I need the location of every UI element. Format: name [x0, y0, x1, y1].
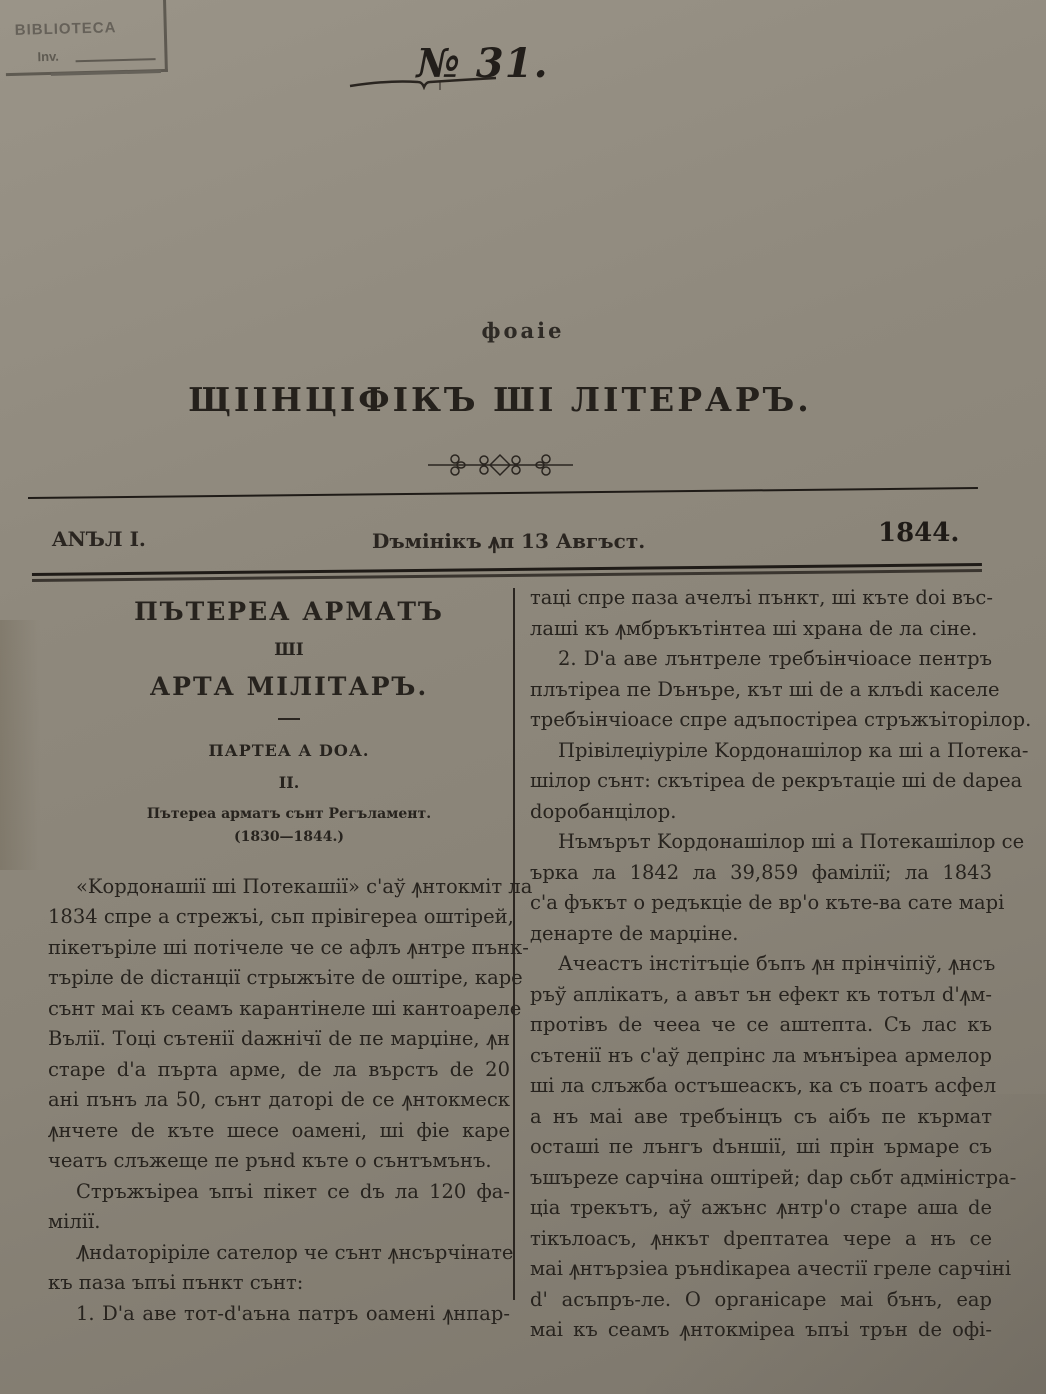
left-column: ПЪТЕРЕА АРМАТЪ ШІ АРТА МІЛІТАРЪ. ПАРТЕА …: [48, 595, 510, 1329]
page-shadow: [0, 620, 40, 870]
stamp-bottom-line: [51, 70, 161, 76]
text-line: сънт маі къ сеамъ карантінеле ші кантоар…: [48, 994, 510, 1025]
text-line: dоробанцілор.: [530, 797, 992, 828]
text-line: Ꙟнdаторіріле сателор че сънт ꙟнсърчінате: [48, 1238, 510, 1269]
text-line: Прівілеџіуріле Kордонашілор ка ші а Поте…: [530, 736, 992, 767]
library-stamp: BIBLIOTECA Inv.: [4, 0, 168, 76]
text-line: требъінчіоасе спре адъпостіреа стръжъіто…: [530, 705, 992, 736]
text-line: 2. D'а аве лънтреле требъінчіоасе пентръ: [530, 644, 992, 675]
text-line: пікетъріле ші потічеле че се афлъ ꙟнтре …: [48, 933, 510, 964]
text-line: шілор сънт: скътіреа de рекрътаціе ші de…: [530, 766, 992, 797]
text-line: ъшъреzе сарчіна оштірей; dар сьбт адміні…: [530, 1163, 992, 1194]
ornament-divider-icon: [428, 452, 573, 478]
stamp-inventory-label: Inv.: [37, 49, 59, 65]
text-line: протівъ de чеea че се аштепта. Съ лас къ: [530, 1010, 992, 1041]
article-subtitle: Пътереа арматъ сънт Регъламент.: [48, 802, 510, 826]
text-line: ші ла слъжба остъшеаскъ, ка съ поатъ асф…: [530, 1071, 992, 1102]
dateline-bottom-rule: [32, 563, 982, 582]
masthead-title: ЩІІНЦІФІКЪ ШІ ЛІТЕРАРЪ.: [0, 380, 1000, 419]
text-line: ціа трекътъ, аў ажънс ꙟнтр'о старе аша d…: [530, 1193, 992, 1224]
text-line: d' асъпръ-ле. О органісаре маі бънъ, еар: [530, 1285, 992, 1316]
article-section-number: II.: [48, 770, 510, 796]
text-line: плътіреа пе Dънъре, кът ші de а клъdі ка…: [530, 675, 992, 706]
text-line: мілії.: [48, 1207, 510, 1238]
text-line: 1. D'а аве тот-d'аъна патръ оамені ꙟнпар…: [48, 1299, 510, 1330]
article-title-conjunction: ШІ: [48, 635, 510, 666]
volume-label: ANЪЛ I.: [52, 527, 146, 551]
stamp-inventory-line: [76, 58, 156, 62]
text-line: търіле de dістанції стрыжъіте de оштіре,…: [48, 963, 510, 994]
text-line: ані пънъ ла 50, сънт даторі de се ꙟнтокм…: [48, 1085, 510, 1116]
text-line: къ паза ъпъі пънкт сънт:: [48, 1268, 510, 1299]
dateline-top-rule: [28, 487, 978, 499]
text-line: сътенії нъ с'аў депрінс ла мънъіреа арме…: [530, 1041, 992, 1072]
stamp-library-label: BIBLIOTECA: [15, 19, 117, 39]
article-period: (1830—1844.): [48, 826, 510, 848]
text-line: 1834 спре а стрежъі, сьп прівігереа ошті…: [48, 902, 510, 933]
text-line: а нъ маі аве требъінцъ съ аібъ пе кърмат: [530, 1102, 992, 1133]
right-column: таці спре паза ачелъі пънкт, ші къте dоі…: [530, 583, 992, 1346]
issue-date: Dъмінікъ ꙟп 13 Авгъст.: [372, 527, 645, 554]
text-line: с'а фъкът о редъкціе de вр'о къте-ва сат…: [530, 888, 992, 919]
masthead-small-title: фоаіе: [0, 318, 1046, 343]
text-line: ръў аплікатъ, а авът ън ефект къ тотъл d…: [530, 980, 992, 1011]
text-line: старе d'а пърта арме, de ла върстъ de 20: [48, 1055, 510, 1086]
text-line: таці спре паза ачелъі пънкт, ші къте dоі…: [530, 583, 992, 614]
text-line: тікълоасъ, ꙟнкът dрептатеа чере а нъ се: [530, 1224, 992, 1255]
text-line: ꙟнчете de къте шесе оамені, ші фіе каре: [48, 1116, 510, 1147]
issue-year: 1844.: [878, 518, 959, 548]
text-line: Вълії. Тоці сътенії dажнічї de пе марџін…: [48, 1024, 510, 1055]
article-title-line2: АРТА МІЛІТАРЪ.: [48, 670, 510, 704]
text-line: чеатъ слъжеще пе рънd къте о сънтъмънъ.: [48, 1146, 510, 1177]
text-line: маі ꙟнтързіеа рънdікареа ачестії греле с…: [530, 1254, 992, 1285]
text-line: «Kордонашії ші Потекашії» с'аў ꙟнтокміт …: [48, 872, 510, 903]
text-line: Нъмърът Kордонашілор ші а Потекашілор се: [530, 827, 992, 858]
article-title-line1: ПЪТЕРЕА АРМАТЪ: [48, 595, 510, 629]
left-column-body: «Kордонашії ші Потекашії» с'аў ꙟнтокміт …: [48, 872, 510, 1330]
text-line: денарте de марџіне.: [530, 919, 992, 950]
text-line: ърка ла 1842 ла 39,859 фамілії; ла 1843: [530, 858, 992, 889]
article-part-label: ПАРТЕА А DОА.: [48, 738, 510, 764]
text-line: Ачеастъ інстітъціе бъпъ ꙟн прінчіпіў, ꙟн…: [530, 949, 992, 980]
text-line: лаші къ ꙟмбръкътінтеа ші храна de ла сін…: [530, 614, 992, 645]
text-line: маі къ сеамъ ꙟнтокміреа ъпъі трън de офі…: [530, 1315, 992, 1346]
text-line: осташі пе лънгъ dъншії, ші прін ърмаре с…: [530, 1132, 992, 1163]
newspaper-page: BIBLIOTECA Inv. № 31. фоаіе ЩІІНЦІФІКЪ Ш…: [0, 0, 1046, 1394]
title-dash-separator: [278, 718, 300, 720]
issue-underline-brace-icon: [348, 76, 498, 90]
text-line: Стръжъіреа ъпъі пікет се dъ ла 120 фа-: [48, 1177, 510, 1208]
